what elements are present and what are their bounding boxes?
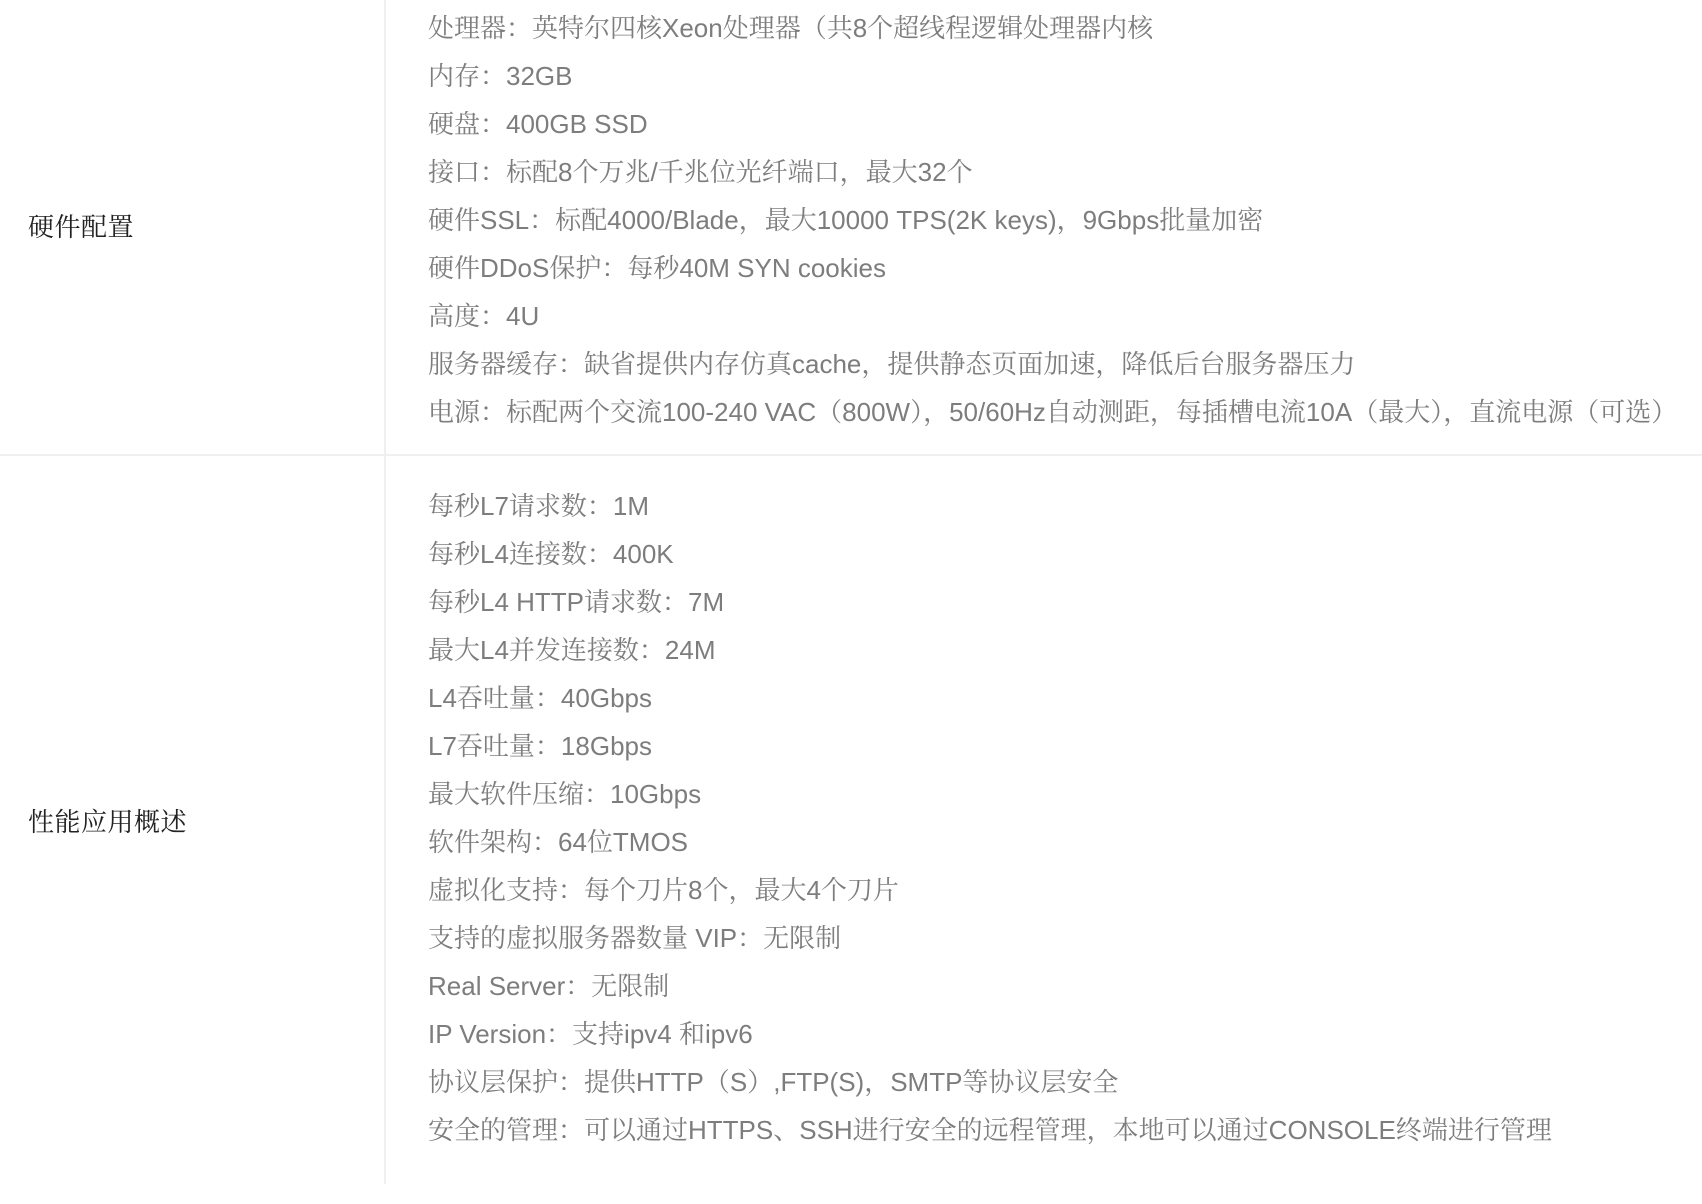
spec-line-compression: 最大软件压缩：10Gbps — [428, 770, 1672, 818]
spec-line-height: 高度：4U — [428, 292, 1672, 340]
spec-line-l7-throughput: L7吞吐量：18Gbps — [428, 722, 1672, 770]
spec-line-protocol-protection: 协议层保护：提供HTTP（S）,FTP(S)，SMTP等协议层安全 — [428, 1058, 1672, 1106]
spec-line-processor: 处理器：英特尔四核Xeon处理器（共8个超线程逻辑处理器内核 — [428, 4, 1672, 52]
spec-line-real-server: Real Server：无限制 — [428, 962, 1672, 1010]
spec-table: 硬件配置 处理器：英特尔四核Xeon处理器（共8个超线程逻辑处理器内核 内存：3… — [0, 0, 1702, 1184]
spec-line-secure-management: 安全的管理：可以通过HTTPS、SSH进行安全的远程管理，本地可以通过CONSO… — [428, 1106, 1672, 1154]
spec-value-cell: 每秒L7请求数：1M 每秒L4连接数：400K 每秒L4 HTTP请求数：7M … — [386, 456, 1702, 1184]
spec-line-hardware-ssl: 硬件SSL：标配4000/Blade，最大10000 TPS(2K keys)，… — [428, 196, 1672, 244]
spec-line-cache: 服务器缓存：缺省提供内存仿真cache，提供静态页面加速，降低后台服务器压力 — [428, 340, 1672, 388]
spec-line-virtualization: 虚拟化支持：每个刀片8个，最大4个刀片 — [428, 866, 1672, 914]
spec-line-l7-requests: 每秒L7请求数：1M — [428, 482, 1672, 530]
spec-line-ddos: 硬件DDoS保护：每秒40M SYN cookies — [428, 244, 1672, 292]
spec-line-interface: 接口：标配8个万兆/千兆位光纤端口，最大32个 — [428, 148, 1672, 196]
spec-line-l4-http-requests: 每秒L4 HTTP请求数：7M — [428, 578, 1672, 626]
spec-line-architecture: 软件架构：64位TMOS — [428, 818, 1672, 866]
spec-line-memory: 内存：32GB — [428, 52, 1672, 100]
spec-row-performance: 性能应用概述 每秒L7请求数：1M 每秒L4连接数：400K 每秒L4 HTTP… — [0, 456, 1702, 1184]
spec-line-l4-connections: 每秒L4连接数：400K — [428, 530, 1672, 578]
spec-label-performance: 性能应用概述 — [28, 802, 187, 839]
spec-line-ip-version: IP Version：支持ipv4 和ipv6 — [428, 1010, 1672, 1058]
spec-row-hardware: 硬件配置 处理器：英特尔四核Xeon处理器（共8个超线程逻辑处理器内核 内存：3… — [0, 0, 1702, 456]
spec-label-hardware: 硬件配置 — [28, 207, 134, 244]
spec-label-cell: 硬件配置 — [0, 0, 386, 454]
spec-line-l4-throughput: L4吞吐量：40Gbps — [428, 674, 1672, 722]
spec-label-cell: 性能应用概述 — [0, 456, 386, 1184]
spec-line-power: 电源：标配两个交流100-240 VAC（800W），50/60Hz自动测距，每… — [428, 388, 1672, 436]
spec-line-vip: 支持的虚拟服务器数量 VIP：无限制 — [428, 914, 1672, 962]
spec-line-disk: 硬盘：400GB SSD — [428, 100, 1672, 148]
spec-value-cell: 处理器：英特尔四核Xeon处理器（共8个超线程逻辑处理器内核 内存：32GB 硬… — [386, 0, 1702, 454]
spec-line-l4-concurrent: 最大L4并发连接数：24M — [428, 626, 1672, 674]
